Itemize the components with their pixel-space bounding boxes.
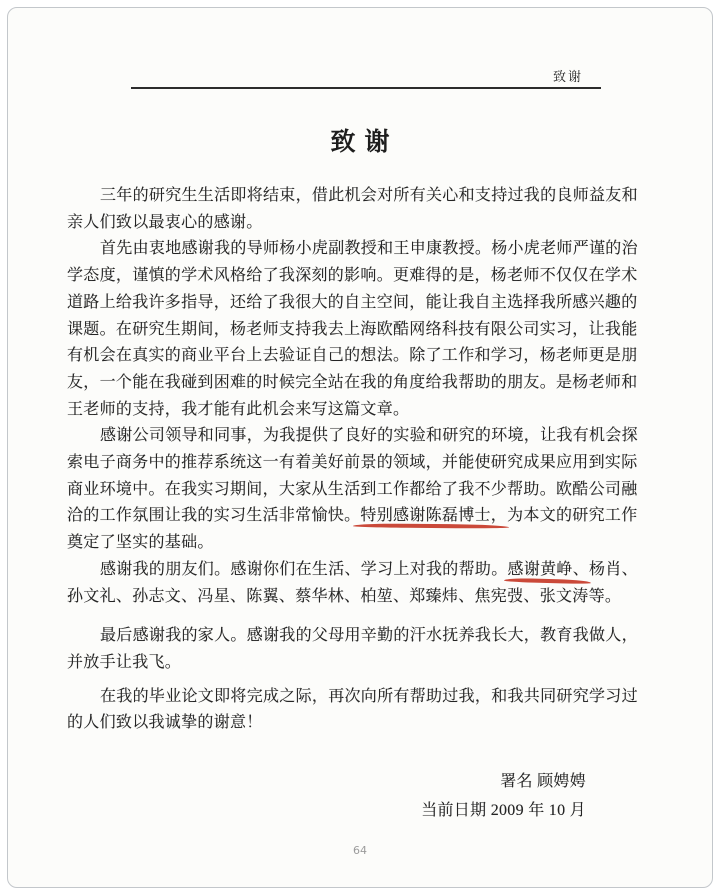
text-line: 道路上给我许多指导，还给了我很大的自主空间，能让我自主选择我所感兴趣的 — [67, 290, 659, 317]
signature-name-line: 署名 顾娉娉 — [67, 767, 586, 796]
text-line: 索电子商务中的推荐系统这一有着美好前景的领域，并能使研究成果应用到实际 — [67, 450, 659, 477]
text-line: 孙文礼、孙志文、冯星、陈翼、蔡华林、柏堃、郑臻炜、焦宪弢、张文涛等。 — [67, 584, 659, 611]
signature-block: 署名 顾娉娉 当前日期 2009 年 10 月 — [67, 767, 659, 825]
red-underlined-phrase-chenlei: 特别感谢陈磊博士， — [360, 507, 507, 524]
text-line: 商业环境中。在我实习期间，大家从生活到工作都给了我不少帮助。欧酷公司融 — [67, 477, 659, 504]
text-line: 奠定了坚实的基础。 — [67, 530, 659, 557]
text-line: 感谢我的朋友们。感谢你们在生活、学习上对我的帮助。感谢黄峥、杨肖、 — [67, 557, 659, 584]
text-line: 最后感谢我的家人。感谢我的父母用辛勤的汗水抚养我长大，教育我做人， — [67, 623, 659, 650]
text-line: 洽的工作氛围让我的实习生活非常愉快。特别感谢陈磊博士，为本文的研究工作 — [67, 503, 659, 530]
text-segment: 洽的工作氛围让我的实习生活非常愉快。 — [67, 507, 360, 524]
text-segment: 为本文的研究工作 — [507, 507, 637, 524]
running-header-label: 致谢 — [131, 66, 601, 85]
page-title: 致谢 — [8, 122, 712, 158]
page-number: 64 — [8, 844, 712, 857]
text-line: 有机会在真实的商业平台上去验证自己的想法。除了工作和学习，杨老师更是朋 — [67, 343, 659, 370]
text-segment: 杨肖、 — [589, 561, 638, 578]
text-line: 并放手让我飞。 — [67, 650, 659, 677]
text-line: 友，一个能在我碰到困难的时候完全站在我的角度给我帮助的朋友。是杨老师和 — [67, 370, 659, 397]
text-segment: 感谢我的朋友们。感谢你们在生活、学习上对我的帮助。 — [100, 561, 508, 578]
text-line: 学态度，谨慎的学术风格给了我深刻的影响。更难得的是，杨老师不仅仅在学术 — [67, 263, 659, 290]
text-line: 的人们致以我诚挚的谢意！ — [67, 710, 659, 737]
text-line: 王老师的支持，我才能有此机会来写这篇文章。 — [67, 397, 659, 424]
text-line: 三年的研究生生活即将结束，借此机会对所有关心和支持过我的良师益友和 — [67, 183, 659, 210]
text-line: 课题。在研究生期间，杨老师支持我去上海欧酷网络科技有限公司实习，让我能 — [67, 317, 659, 344]
document-body: 三年的研究生生活即将结束，借此机会对所有关心和支持过我的良师益友和 亲人们致以最… — [67, 183, 659, 825]
text-line: 感谢公司领导和同事，为我提供了良好的实验和研究的环境，让我有机会探 — [67, 423, 659, 450]
text-line: 首先由衷地感谢我的导师杨小虎副教授和王申康教授。杨小虎老师严谨的治 — [67, 236, 659, 263]
page-frame: 致谢 致谢 三年的研究生生活即将结束，借此机会对所有关心和支持过我的良师益友和 … — [7, 7, 713, 888]
signature-date-line: 当前日期 2009 年 10 月 — [67, 796, 586, 825]
red-underlined-phrase-huangzheng: 感谢黄峥、 — [508, 561, 590, 578]
text-line: 亲人们致以最衷心的感谢。 — [67, 210, 659, 237]
running-header: 致谢 — [131, 66, 601, 89]
text-line: 在我的毕业论文即将完成之际，再次向所有帮助过我，和我共同研究学习过 — [67, 684, 659, 711]
